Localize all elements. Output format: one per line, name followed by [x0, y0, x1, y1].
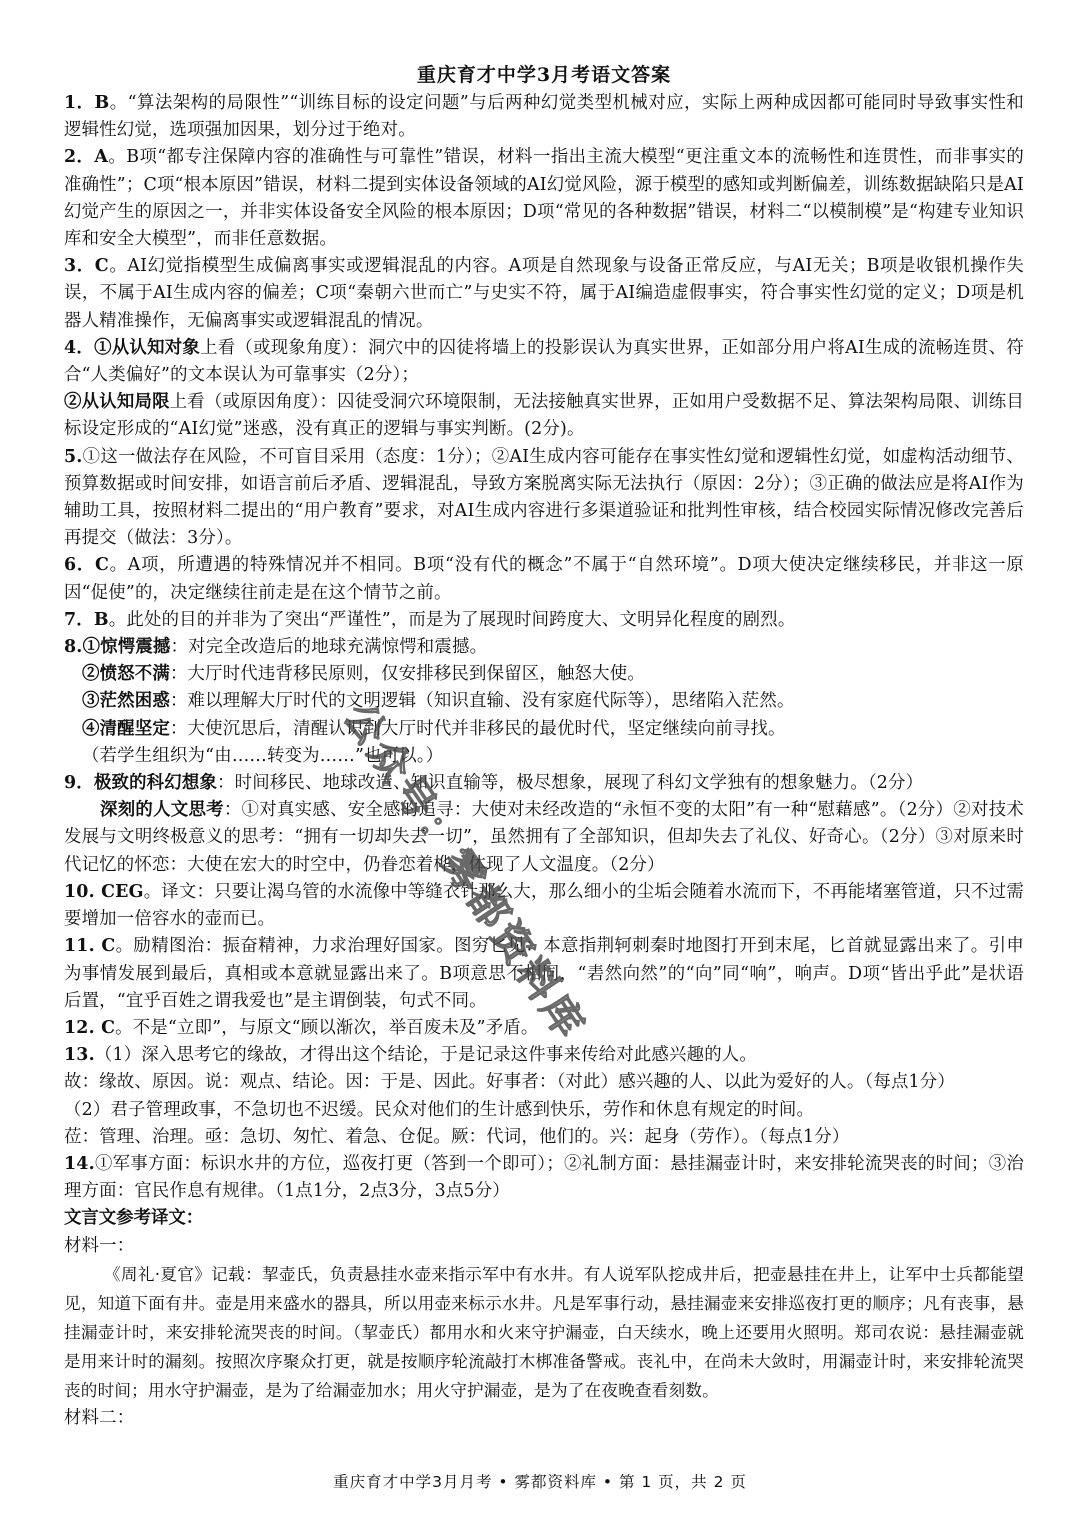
answer-2: 2．A。B项“都专注保障内容的准确性与可靠性”错误，材料一指出主流大模型“更注重…	[64, 144, 1024, 253]
answer-number: 14.	[64, 1154, 95, 1174]
answer-8-note: （若学生组织为“由……转变为……”也可以。）	[64, 743, 1024, 770]
answer-8-item4: ④清醒坚定：大使沉思后，清醒认识到大厅时代并非移民的最优时代，坚定继续向前寻找。	[64, 716, 1024, 743]
answer-9-part2: 深刻的人文思考：①对真实感、安全感的追寻：大使对未经改造的“永恒不变的太阳”有一…	[64, 797, 1024, 879]
answer-number: 13.	[64, 1045, 95, 1065]
answer-13-notes2: 莅：管理、治理。亟：急切、匆忙、着急、仓促。厥：代词，他们的。兴：起身（劳作）。…	[64, 1124, 1024, 1151]
answer-number: 9．	[64, 773, 94, 793]
document-title: 重庆育才中学3月考语文答案	[64, 62, 1024, 88]
answer-8-item2: ②愤怒不满：大厅时代违背移民原则，仅安排移民到保留区，触怒大使。	[64, 661, 1024, 688]
answer-number: 2．A	[64, 147, 108, 167]
material-2-label: 材料二：	[64, 1405, 1024, 1432]
translation-heading: 文言文参考译文：	[64, 1205, 1024, 1232]
answer-sheet-page: 重庆育才中学3月考语文答案 1．B。“算法架构的局限性”“训练目标的设定问题”与…	[64, 62, 1024, 1432]
answer-number: 3．C	[64, 256, 109, 276]
answer-number: 6．C	[64, 555, 109, 575]
page-footer: 重庆育才中学3月月考 • 雾都资料库 • 第 1 页，共 2 页	[0, 1470, 1080, 1492]
answer-number: 10. CEG	[64, 882, 144, 902]
answer-number: 7．B	[64, 610, 109, 630]
material-1-label: 材料一：	[64, 1233, 1024, 1260]
answer-number: 5.	[64, 447, 83, 467]
material-1-text: 《周礼·夏官》记载：挈壶氏，负责悬挂水壶来指示军中有水井。有人说军队挖成井后，把…	[64, 1260, 1024, 1405]
answer-number: 4．	[64, 338, 94, 358]
answer-6: 6．C。A项，所遭遇的特殊情况并不相同。B项“没有代的概念”不属于“自然环境”。…	[64, 552, 1024, 606]
answer-number: 12. C	[64, 1018, 115, 1038]
answer-9-part1: 9．极致的科幻想象：时间移民、地球改造、知识直输等，极尽想象，展现了科幻文学独有…	[64, 770, 1024, 797]
answer-number: 11. C	[64, 936, 115, 956]
answer-8-item3: ③茫然困惑：难以理解大厅时代的文明逻辑（知识直输、没有家庭代际等），思绪陷入茫然…	[64, 688, 1024, 715]
answer-number: 1．B	[64, 93, 109, 113]
answer-14: 14.①军事方面：标识水井的方位，巡夜打更（答到一个即可）；②礼制方面：悬挂漏壶…	[64, 1151, 1024, 1205]
answer-13-part2: （2）君子管理政事，不急切也不迟缓。民众对他们的生计感到快乐，劳作和休息有规定的…	[64, 1097, 1024, 1124]
answer-13-notes1: 故：缘故、原因。说：观点、结论。因：于是、因此。好事者：（对此）感兴趣的人、以此…	[64, 1069, 1024, 1096]
answer-number: 8.	[64, 637, 83, 657]
answer-11: 11. C。励精图治：振奋精神，力求治理好国家。图穷匕见：本意指荆轲刺秦时地图打…	[64, 933, 1024, 1015]
answer-13-part1: 13.（1）深入思考它的缘故，才得出这个结论，于是记录这件事来传给对此感兴趣的人…	[64, 1042, 1024, 1069]
answer-8-item1: 8.①惊愕震撼：对完全改造后的地球充满惊愕和震撼。	[64, 634, 1024, 661]
answer-12: 12. C。不是“立即”，与原文“顾以渐次，举百废未及”矛盾。	[64, 1015, 1024, 1042]
answer-4-part2: ②从认知局限上看（或原因角度）：囚徒受洞穴环境限制，无法接触真实世界，正如用户受…	[64, 389, 1024, 443]
answer-4-part1: 4．①从认知对象上看（或现象角度）：洞穴中的囚徒将墙上的投影误认为真实世界，正如…	[64, 335, 1024, 389]
answer-10: 10. CEG。译文：只要让渴乌管的水流像中等缝衣针那么大，那么细小的尘垢会随着…	[64, 879, 1024, 933]
answer-1: 1．B。“算法架构的局限性”“训练目标的设定问题”与后两种幻觉类型机械对应，实际…	[64, 90, 1024, 144]
answer-3: 3．C。AI幻觉指模型生成偏离事实或逻辑混乱的内容。A项是自然现象与设备正常反应…	[64, 253, 1024, 335]
answer-7: 7．B。此处的目的并非为了突出“严谨性”，而是为了展现时间跨度大、文明异化程度的…	[64, 607, 1024, 634]
answer-5: 5.①这一做法存在风险，不可盲目采用（态度：1分）；②AI生成内容可能存在事实性…	[64, 444, 1024, 553]
